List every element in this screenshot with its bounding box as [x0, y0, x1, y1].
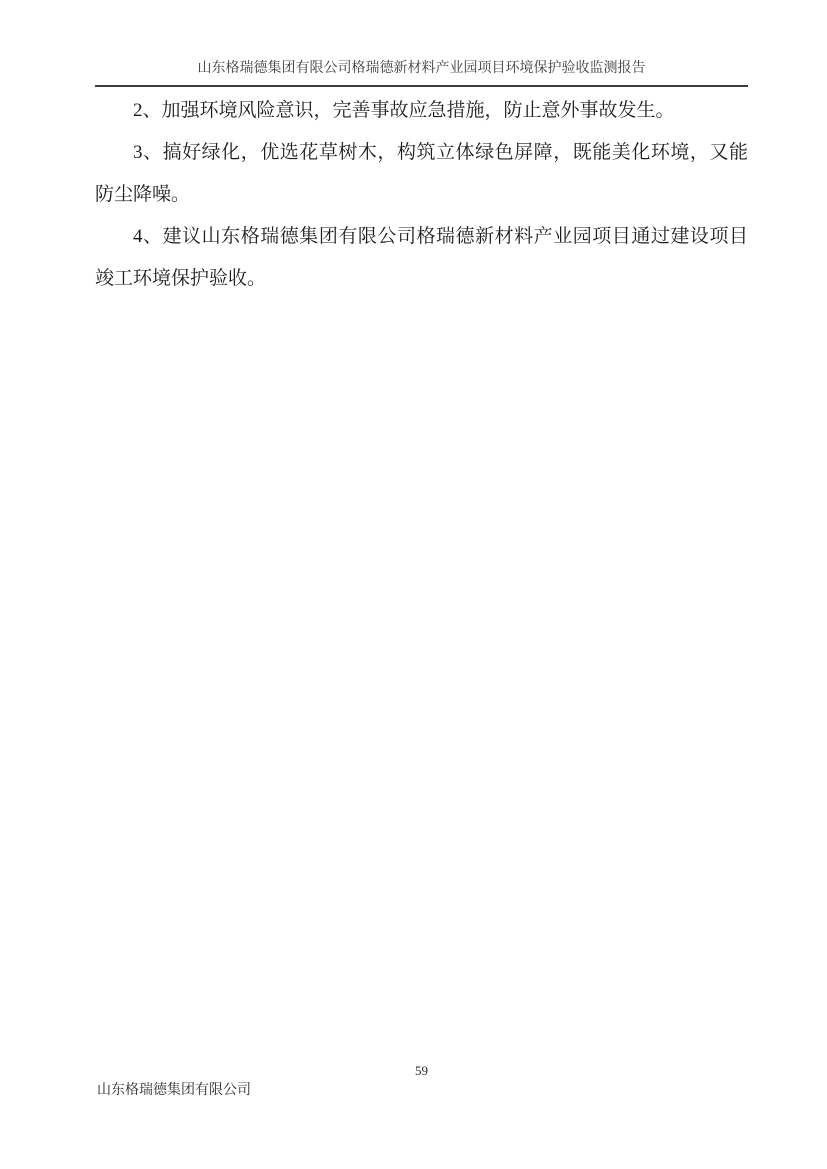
document-page: 山东格瑞德集团有限公司格瑞德新材料产业园项目环境保护验收监测报告 2、加强环境风…: [0, 0, 827, 1169]
header-title: 山东格瑞德集团有限公司格瑞德新材料产业园项目环境保护验收监测报告: [95, 60, 748, 78]
footer-company: 山东格瑞德集团有限公司: [97, 1082, 251, 1100]
page-number: 59: [95, 1062, 748, 1079]
paragraph: 4、建议山东格瑞德集团有限公司格瑞德新材料产业园项目通过建设项目竣工环境保护验收…: [95, 216, 748, 300]
paragraph: 2、加强环境风险意识，完善事故应急措施，防止意外事故发生。: [95, 90, 748, 132]
header-rule: [95, 85, 748, 87]
document-body: 2、加强环境风险意识，完善事故应急措施，防止意外事故发生。 3、搞好绿化，优选花…: [95, 90, 748, 300]
paragraph: 3、搞好绿化，优选花草树木，构筑立体绿色屏障，既能美化环境，又能防尘降噪。: [95, 132, 748, 216]
